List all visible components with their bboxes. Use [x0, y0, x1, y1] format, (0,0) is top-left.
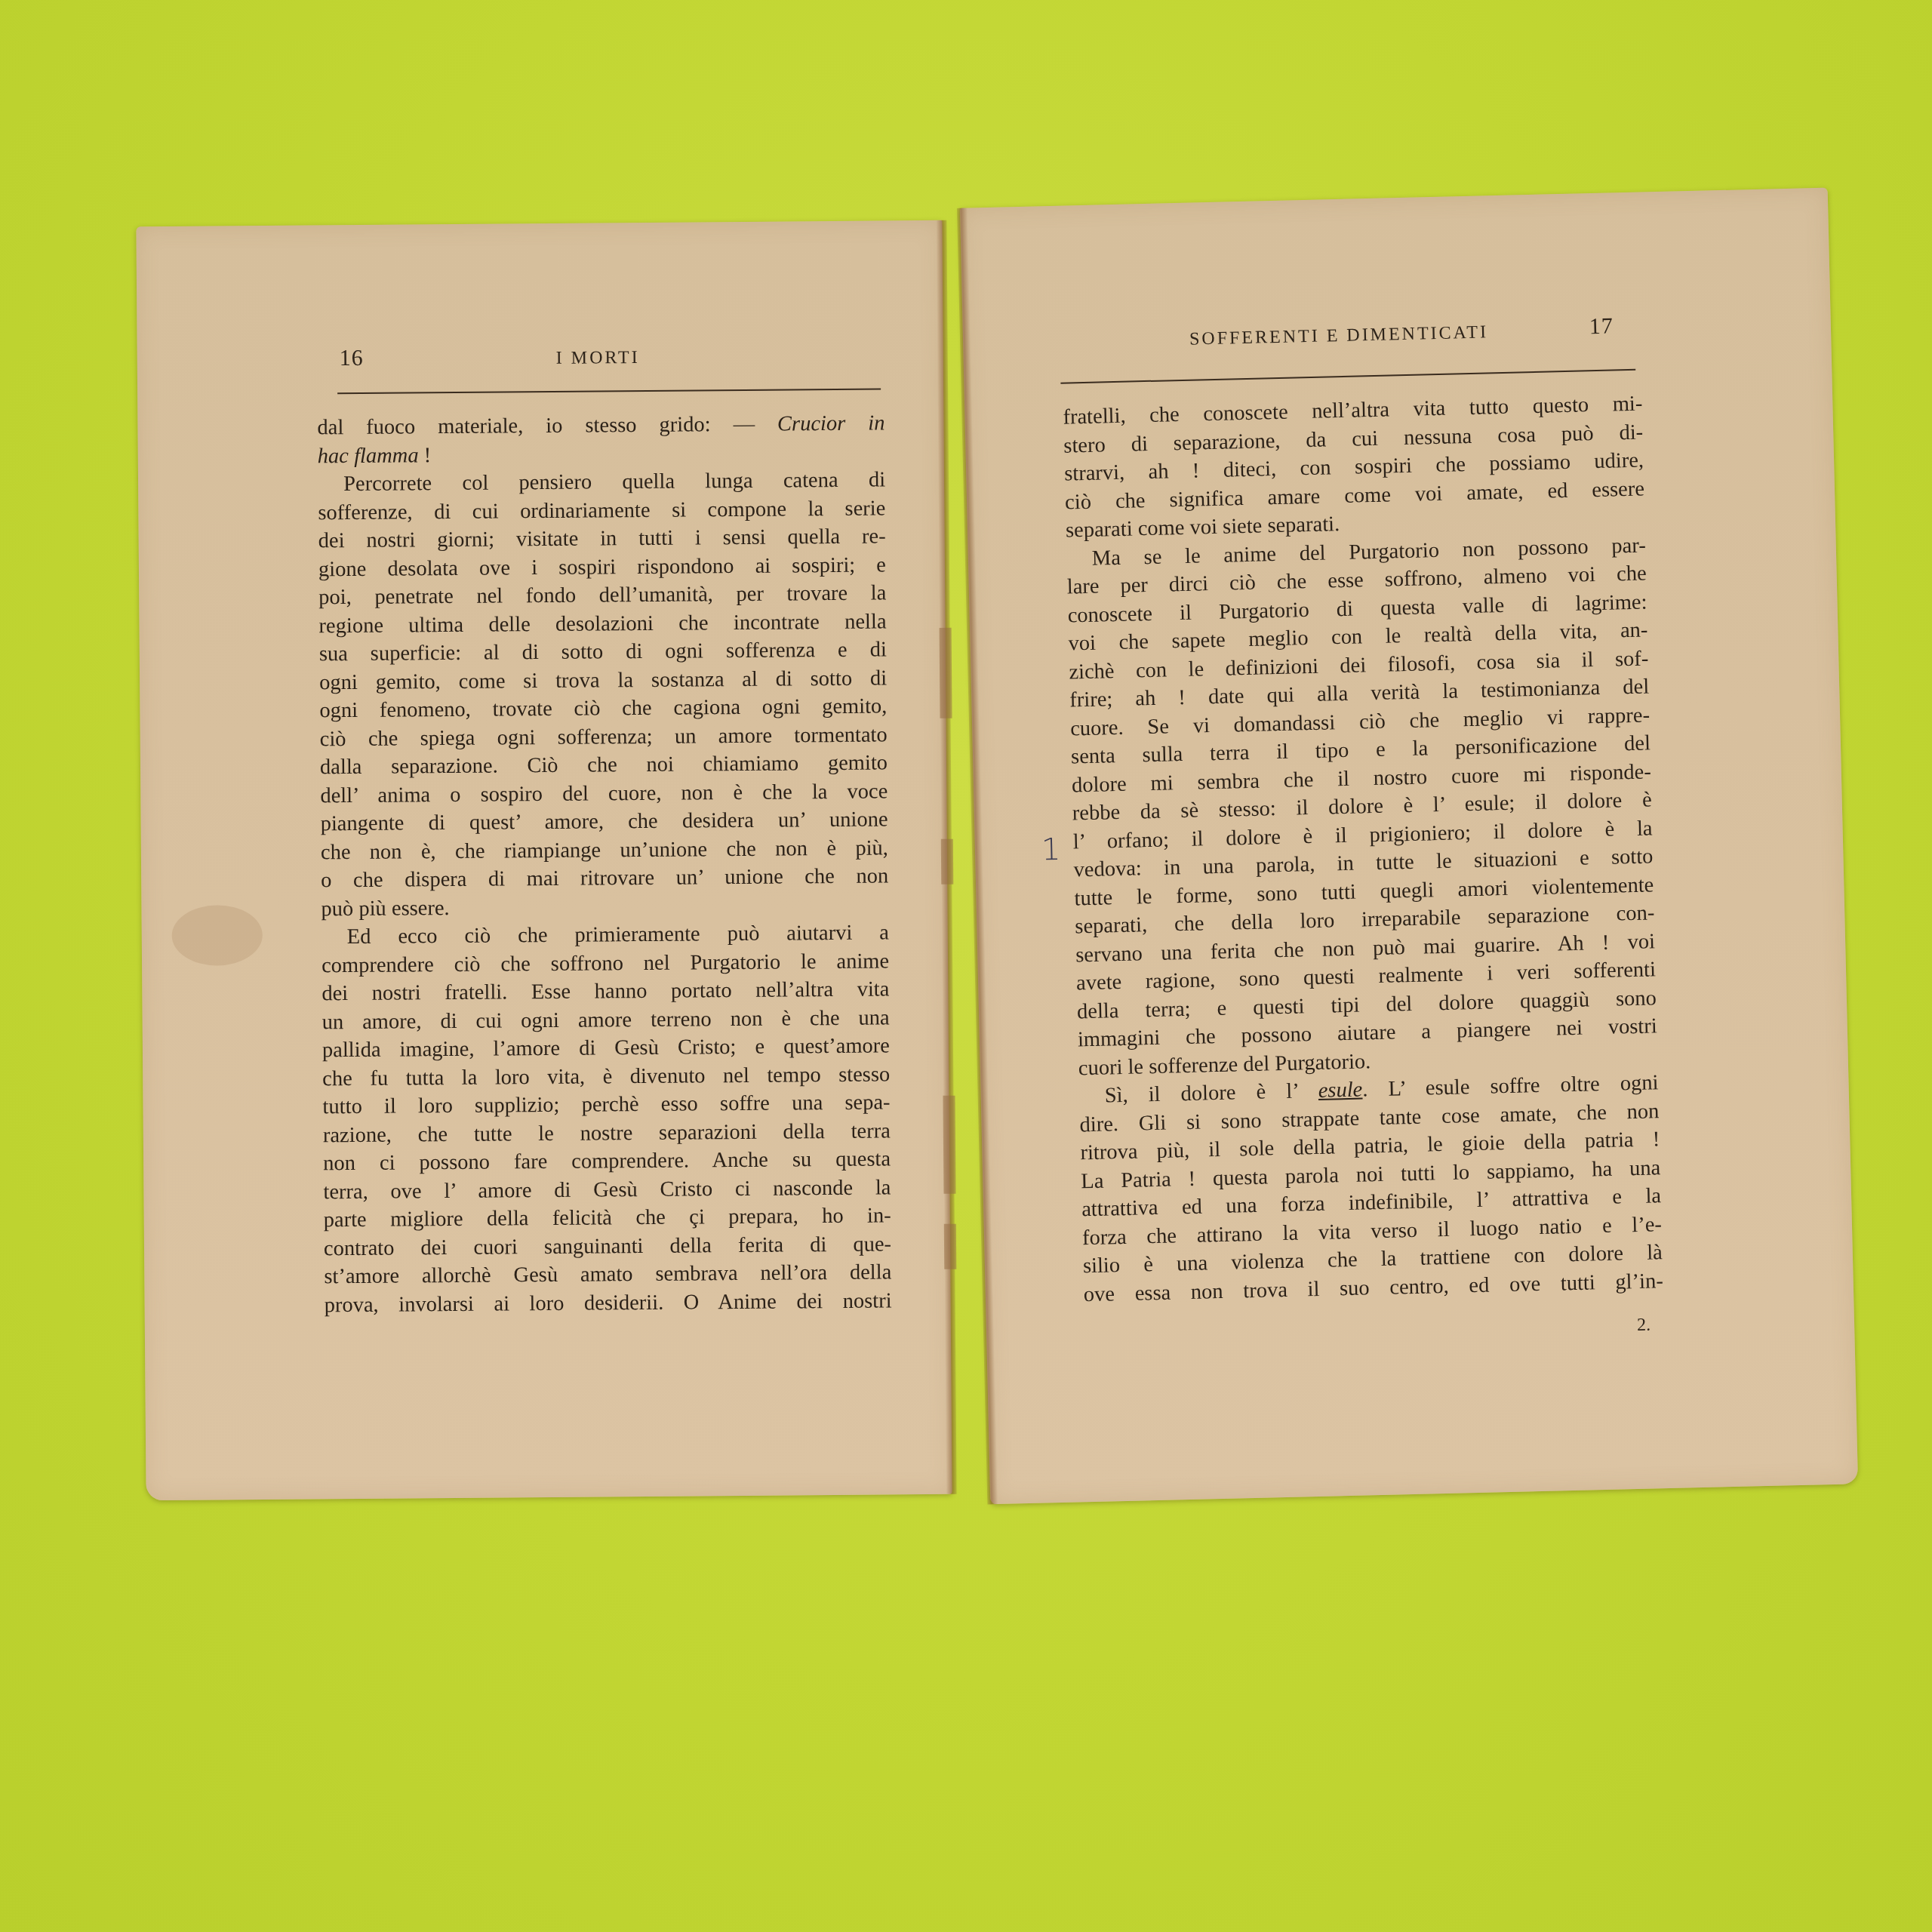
text-line: può più essere.	[321, 891, 888, 923]
text-line: dal fuoco materiale, io stesso grido: — …	[317, 409, 884, 441]
text-line: parte migliore della felicità che çi pre…	[324, 1201, 891, 1234]
text-line: tutto il loro supplizio; perchè esso sof…	[322, 1088, 890, 1121]
running-head-title: SOFFERENTI E DIMENTICATI	[1189, 322, 1489, 349]
text-line: comprendere ciò che soffrono nel Purgato…	[321, 947, 889, 980]
paper-stain	[171, 905, 263, 966]
text-line: hac flamma !	[318, 438, 885, 470]
text-line: ogni fenomeno, trovate ciò che cagiona o…	[319, 692, 887, 724]
page-number: 16	[340, 346, 364, 371]
text-line: dei nostri giorni; visitate in tutti i s…	[318, 522, 886, 555]
running-head: 16 I MORTI	[137, 341, 943, 392]
text-line: contrato dei cuori sanguinanti della fer…	[324, 1230, 891, 1263]
text-line: st’amore allorchè Gesù amato sembrava ne…	[324, 1258, 891, 1291]
text-line: che fu tutta la loro vita, è divenuto ne…	[322, 1060, 890, 1093]
page-number: 17	[1589, 313, 1614, 340]
right-page: SOFFERENTI E DIMENTICATI 17 fratelli, ch…	[960, 188, 1858, 1505]
pencil-annotation: 1	[1041, 832, 1061, 868]
left-page: 16 I MORTI dal fuoco materiale, io stess…	[136, 220, 952, 1500]
text-line: non ci possono fare comprendere. Anche s…	[323, 1145, 891, 1177]
spine-tear	[943, 1096, 955, 1194]
spine-tear	[941, 839, 953, 884]
text-line: pallida imagine, l’amore di Gesù Cristo;…	[322, 1032, 890, 1064]
body-text: fratelli, che conoscete nell’altra vita …	[1063, 390, 1663, 1309]
spine-tear	[944, 1224, 956, 1269]
text-line: Percorrete col pensiero quella lunga cat…	[318, 466, 885, 498]
text-line: o che dispera di mai ritrovare un’ union…	[321, 862, 888, 894]
running-head-title: I MORTI	[556, 348, 640, 369]
text-line: terra, ove l’ amore di Gesù Cristo ci na…	[323, 1174, 891, 1206]
signature-mark: 2.	[1637, 1315, 1651, 1336]
text-line: dei nostri fratelli. Esse hanno portato …	[321, 975, 889, 1008]
text-line: gione desolata ove i sospiri rispondono …	[318, 551, 886, 583]
text-line: poi, penetrate nel fondo dell’umanità, p…	[318, 579, 886, 611]
text-line: regione ultima delle desolazioni che inc…	[318, 608, 886, 640]
text-line: che non è, che riampiange un’unione che …	[321, 834, 888, 866]
text-line: razione, che tutte le nostre separazioni…	[323, 1117, 891, 1149]
text-line: Ed ecco ciò che primieramente può aiutar…	[321, 918, 889, 951]
text-line: un amore, di cui ogni amore terreno non …	[322, 1004, 890, 1036]
spine-tear	[940, 628, 952, 718]
text-line: ciò che spiega ogni sofferenza; un amore…	[320, 721, 888, 753]
body-text: dal fuoco materiale, io stesso grido: — …	[317, 409, 891, 1319]
running-head: SOFFERENTI E DIMENTICATI 17	[963, 315, 1832, 380]
text-line: sofferenze, di cui ordinariamente si com…	[318, 494, 885, 527]
text-line: prova, involarsi ai loro desiderii. O An…	[324, 1287, 891, 1319]
text-line: dell’ anima o sospiro del cuore, non è c…	[320, 777, 888, 810]
text-line: sua superficie: al di sotto di ogni soff…	[319, 635, 887, 668]
text-line: piangente di quest’ amore, che desidera …	[320, 805, 888, 838]
spine-edge	[957, 208, 998, 1505]
text-line: dalla separazione. Ciò che noi chiamiamo…	[320, 749, 888, 781]
text-line: ogni gemito, come si trova la sostanza a…	[319, 664, 887, 697]
